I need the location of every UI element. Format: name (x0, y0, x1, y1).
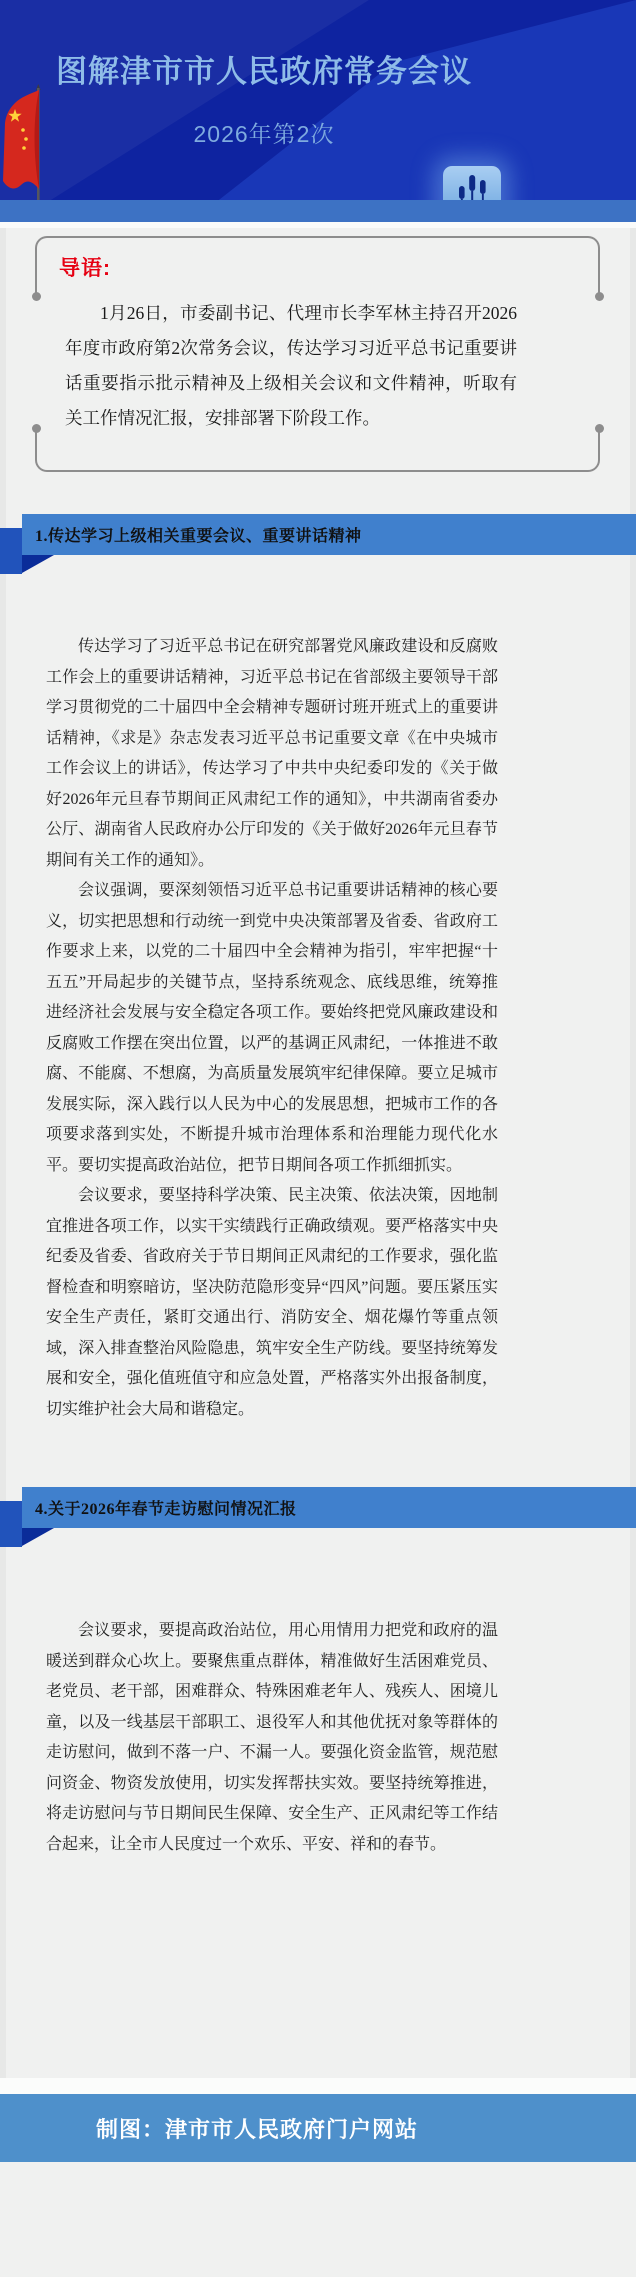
ribbon-tail (0, 528, 22, 574)
header-banner: 图解津市市人民政府常务会议 2026年第2次 (0, 0, 636, 222)
prefooter-strip (0, 2078, 636, 2094)
ribbon-fold (22, 555, 54, 573)
section-4-heading-bar: 4.关于2026年春节走访慰问情况汇报 (22, 1487, 636, 1528)
intro-card: 导语: 1月26日，市委副书记、代理市长李军林主持召开2026年度市政府第2次常… (35, 236, 600, 472)
ribbon-fold (22, 1528, 54, 1546)
intro-frame-top (35, 236, 600, 297)
section-1-banner: 1.传达学习上级相关重要会议、重要讲话精神 (0, 514, 636, 574)
left-gutter (0, 228, 6, 2078)
intro-label: 导语: (59, 252, 111, 282)
page-title: 图解津市市人民政府常务会议 (6, 46, 522, 91)
ribbon-tail (0, 1501, 22, 1547)
page-subtitle: 2026年第2次 (6, 116, 522, 149)
footer-bar: 制图：津市市人民政府门户网站 (0, 2094, 636, 2162)
section-4-body: 会议要求，要提高政治站位，用心用情用力把党和政府的温暖送到群众心坎上。要聚焦重点… (46, 1616, 498, 1860)
infographic-page: 图解津市市人民政府常务会议 2026年第2次 导语: (0, 0, 636, 2277)
body-paragraph: 会议强调，要深刻领悟习近平总书记重要讲话精神的核心要义，切实把思想和行动统一到党… (46, 876, 498, 1181)
section-1-body: 传达学习了习近平总书记在研究部署党风廉政建设和反腐败工作会上的重要讲话精神，习近… (46, 632, 498, 1425)
section-4-banner: 4.关于2026年春节走访慰问情况汇报 (0, 1487, 636, 1547)
header-bottom-strip (0, 200, 636, 222)
body-paragraph: 传达学习了习近平总书记在研究部署党风廉政建设和反腐败工作会上的重要讲话精神，习近… (46, 632, 498, 876)
section-1-heading: 1.传达学习上级相关重要会议、重要讲话精神 (35, 523, 362, 546)
body-paragraph: 会议要求，要提高政治站位，用心用情用力把党和政府的温暖送到群众心坎上。要聚焦重点… (46, 1616, 498, 1860)
body-paragraph: 会议要求，要坚持科学决策、民主决策、依法决策，因地制宜推进各项工作，以实干实绩践… (46, 1181, 498, 1425)
intro-text: 1月26日，市委副书记、代理市长李军林主持召开2026年度市政府第2次常务会议，… (65, 296, 517, 436)
right-gutter (630, 228, 636, 2078)
header-divider (0, 222, 636, 228)
footer-credit: 制图：津市市人民政府门户网站 (0, 2094, 514, 2162)
section-4-heading: 4.关于2026年春节走访慰问情况汇报 (35, 1496, 297, 1519)
section-1-heading-bar: 1.传达学习上级相关重要会议、重要讲话精神 (22, 514, 636, 555)
